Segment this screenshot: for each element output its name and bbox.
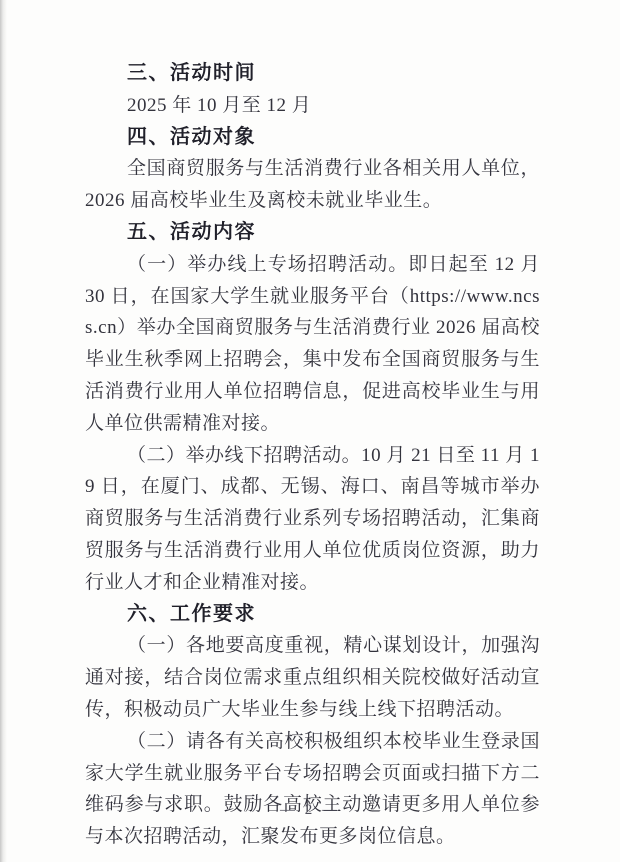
- activity-content-paragraph-1: （一）举办线上专场招聘活动。即日起至 12 月 30 日，在国家大学生就业服务平…: [85, 249, 540, 440]
- section-heading-activity-target: 四、活动对象: [85, 122, 540, 154]
- work-requirements-paragraph-1: （一）各地要高度重视，精心谋划设计，加强沟通对接，结合岗位需求重点组织相关院校做…: [85, 630, 540, 725]
- scan-edge-shadow: [0, 0, 7, 862]
- activity-target-paragraph: 全国商贸服务与生活消费行业各相关用人单位，2026 届高校毕业生及离校未就业毕业…: [85, 153, 540, 217]
- scanned-document-page: 三、活动时间 2025 年 10 月至 12 月 四、活动对象 全国商贸服务与生…: [0, 0, 620, 862]
- section-heading-activity-content: 五、活动内容: [85, 217, 540, 249]
- work-requirements-paragraph-2: （二）请各有关高校积极组织本校毕业生登录国家大学生就业服务平台专场招聘会页面或扫…: [85, 726, 540, 853]
- activity-content-paragraph-2: （二）举办线下招聘活动。10 月 21 日至 11 月 19 日，在厦门、成都、…: [85, 440, 540, 599]
- section-heading-work-requirements: 六、工作要求: [85, 599, 540, 631]
- activity-time-value: 2025 年 10 月至 12 月: [85, 90, 540, 122]
- page-number: — 2 —: [0, 802, 620, 819]
- document-body: 三、活动时间 2025 年 10 月至 12 月 四、活动对象 全国商贸服务与生…: [85, 58, 540, 853]
- section-heading-activity-time: 三、活动时间: [85, 58, 540, 90]
